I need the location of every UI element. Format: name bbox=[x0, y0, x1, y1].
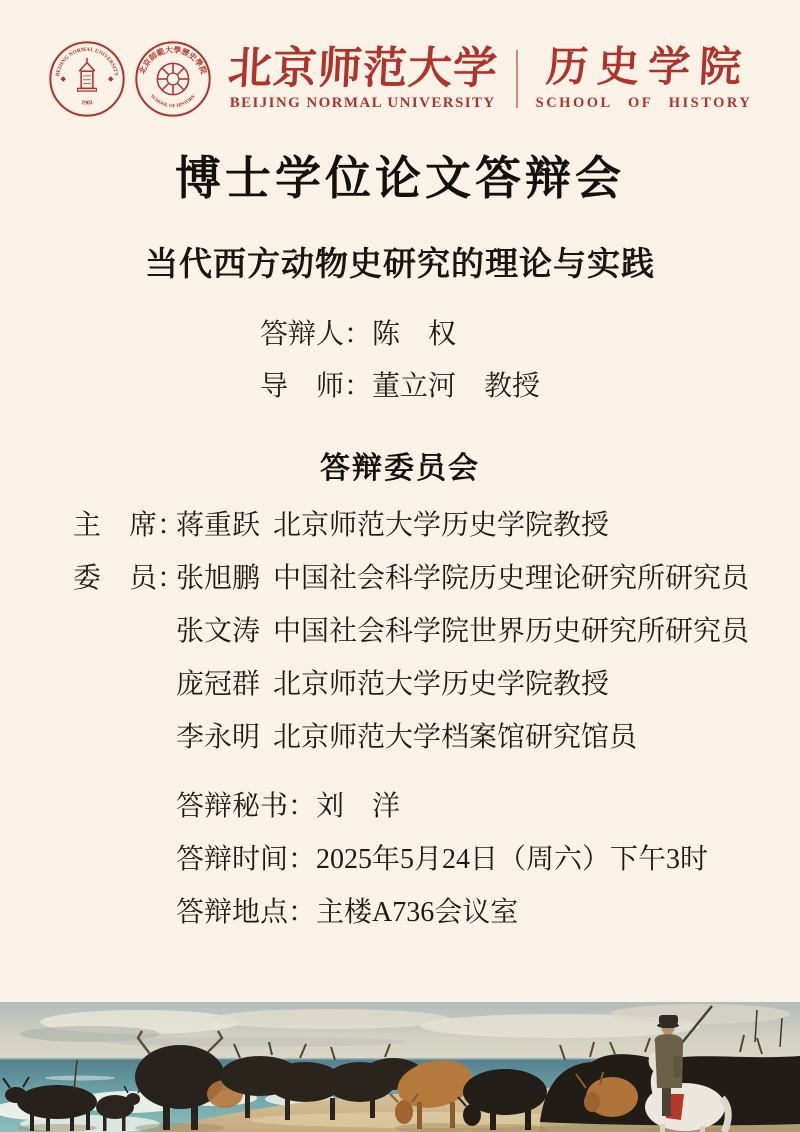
supervisor-line: 导 师：董立河 教授 bbox=[260, 361, 540, 413]
university-seal-icon: BEIJING NORMAL UNIVERSITY 1902 bbox=[48, 40, 126, 118]
committee-member-name: 庞冠群 bbox=[176, 658, 273, 711]
seal-ring-text-en: SCHOOL OF HISTORY bbox=[149, 94, 197, 109]
committee-member-affiliation: 北京师范大学历史学院教授 bbox=[273, 499, 800, 552]
venue-line: 答辩地点：主楼A736会议室 bbox=[176, 886, 800, 939]
committee-row: 庞冠群 北京师范大学历史学院教授 bbox=[73, 658, 800, 711]
committee-member-affiliation: 中国社会科学院世界历史研究所研究员 bbox=[273, 605, 800, 658]
committee-role bbox=[73, 605, 176, 658]
time-label: 答辩时间： bbox=[176, 844, 316, 875]
committee-member-name: 张旭鹏 bbox=[176, 552, 273, 605]
candidate-name: 陈 权 bbox=[372, 319, 456, 350]
committee-role bbox=[73, 711, 176, 764]
school-seal-icon: 北京師範大學歷史學院 SCHOOL OF HISTORY bbox=[134, 40, 212, 118]
secretary-line: 答辩秘书：刘 洋 bbox=[176, 780, 800, 833]
committee-member-affiliation: 北京师范大学历史学院教授 bbox=[273, 658, 800, 711]
people-block: 答辩人：陈 权 导 师：董立河 教授 bbox=[260, 309, 540, 413]
committee-member-affiliation: 北京师范大学档案馆研究馆员 bbox=[273, 711, 800, 764]
time-value: 2025年5月24日（周六）下午3时 bbox=[316, 844, 708, 875]
committee-member-name: 李永明 bbox=[176, 711, 273, 764]
candidate-label: 答辩人： bbox=[260, 319, 372, 350]
venue-value: 主楼A736会议室 bbox=[316, 897, 518, 928]
page-title: 博士学位论文答辩会 bbox=[0, 142, 800, 208]
defense-poster: BEIJING NORMAL UNIVERSITY 1902 bbox=[0, 0, 800, 1132]
committee-list: 主 席： 蒋重跃 北京师范大学历史学院教授 委 员： 张旭鹏 中国社会科学院历史… bbox=[0, 499, 800, 764]
time-line: 答辩时间：2025年5月24日（周六）下午3时 bbox=[176, 833, 800, 886]
university-name-en: BEIJING NORMAL UNIVERSITY bbox=[230, 95, 496, 112]
venue-label: 答辩地点： bbox=[176, 897, 316, 928]
school-name-en: SCHOOL OF HISTORY bbox=[536, 95, 753, 112]
seal-year: 1902 bbox=[80, 100, 92, 107]
committee-role: 委 员： bbox=[73, 552, 176, 605]
committee-member-name: 蒋重跃 bbox=[176, 499, 273, 552]
svg-text:SCHOOL OF HISTORY: SCHOOL OF HISTORY bbox=[149, 94, 197, 109]
committee-role: 主 席： bbox=[73, 499, 176, 552]
school-name-cn: 历史学院 bbox=[545, 46, 751, 90]
supervisor-label: 导 师： bbox=[260, 371, 372, 402]
wheel-icon bbox=[157, 63, 188, 94]
candidate-line: 答辩人：陈 权 bbox=[260, 309, 540, 361]
header-divider bbox=[516, 50, 518, 108]
committee-row: 李永明 北京师范大学档案馆研究馆员 bbox=[73, 711, 800, 764]
svg-text:1902: 1902 bbox=[80, 100, 92, 107]
committee-row: 张文涛 中国社会科学院世界历史研究所研究员 bbox=[73, 605, 800, 658]
university-brand: 北京师范大学 BEIJING NORMAL UNIVERSITY bbox=[228, 46, 498, 112]
supervisor-name: 董立河 教授 bbox=[372, 371, 540, 402]
committee-heading: 答辩委员会 bbox=[0, 443, 800, 487]
details-block: 答辩秘书：刘 洋 答辩时间：2025年5月24日（周六）下午3时 答辩地点：主楼… bbox=[176, 780, 800, 939]
seal-right-mark bbox=[108, 76, 114, 82]
header: BEIJING NORMAL UNIVERSITY 1902 bbox=[0, 0, 800, 118]
committee-member-affiliation: 中国社会科学院历史理论研究所研究员 bbox=[273, 552, 800, 605]
tower-icon bbox=[77, 58, 96, 91]
seal-left-mark bbox=[60, 76, 66, 82]
painting-cattle-beach bbox=[0, 1002, 800, 1132]
secretary-label: 答辩秘书： bbox=[176, 791, 316, 822]
committee-row: 主 席： 蒋重跃 北京师范大学历史学院教授 bbox=[73, 499, 800, 552]
committee-row: 委 员： 张旭鹏 中国社会科学院历史理论研究所研究员 bbox=[73, 552, 800, 605]
school-brand: 历史学院 SCHOOL OF HISTORY bbox=[536, 46, 753, 111]
committee-member-name: 张文涛 bbox=[176, 605, 273, 658]
thesis-title: 当代西方动物史研究的理论与实践 bbox=[0, 238, 800, 285]
university-name-cn: 北京师范大学 bbox=[226, 46, 498, 92]
committee-role bbox=[73, 658, 176, 711]
secretary-name: 刘 洋 bbox=[316, 791, 400, 822]
